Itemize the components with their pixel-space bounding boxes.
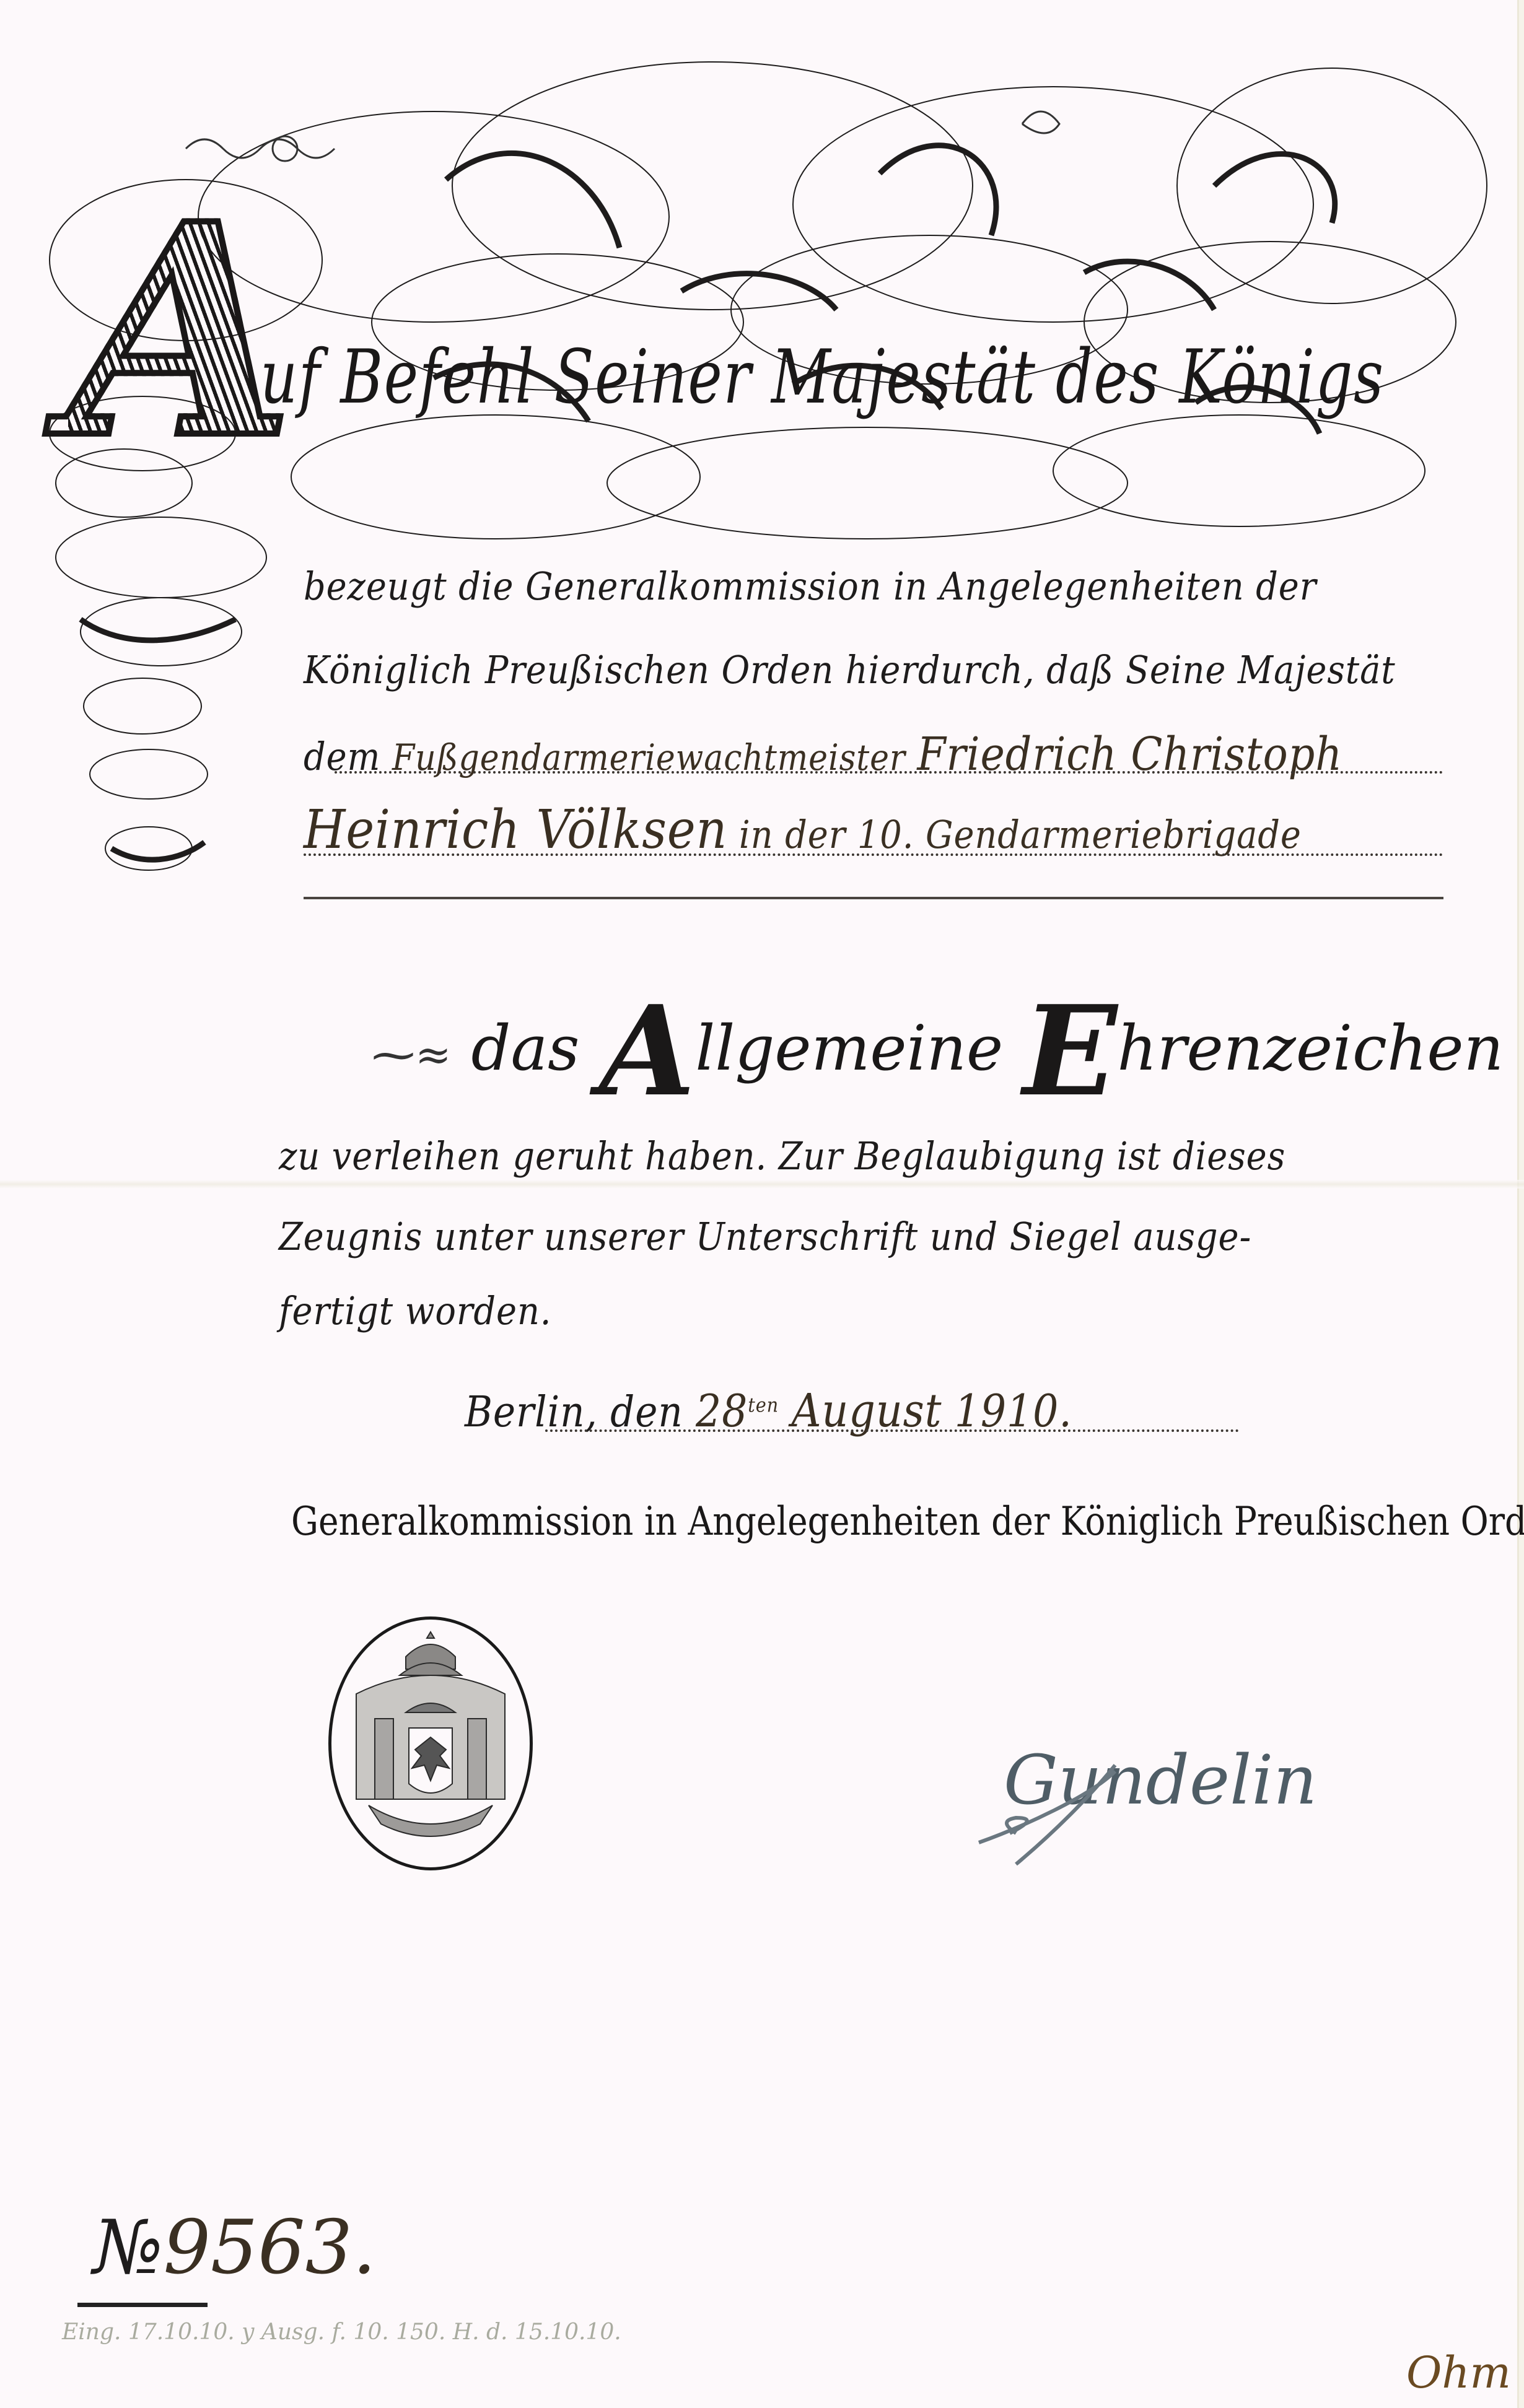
issuer-name: Generalkommission in Angelegenheiten der… bbox=[291, 1499, 1524, 1545]
decorative-initial: A bbox=[68, 186, 294, 477]
closing-line-3: fertigt worden. bbox=[279, 1288, 551, 1333]
body-line-2: Königlich Preußischen Orden hierdurch, d… bbox=[304, 647, 1396, 692]
clerk-initials: Ohm bbox=[1406, 2347, 1511, 2398]
award-name: ⁓≈ das Allgemeine Ehrenzeichen ≈⁓ bbox=[372, 979, 1363, 1124]
signature: Gundelin bbox=[1004, 1740, 1317, 1820]
recipient-name: Heinrich Völksen bbox=[304, 799, 727, 861]
body-line-4: Heinrich Völksen in der 10. Gendarmerieb… bbox=[304, 799, 1302, 861]
fold-crease bbox=[0, 1180, 1524, 1189]
closing-line-1: zu verleihen geruht haben. Zur Beglaubig… bbox=[279, 1133, 1285, 1179]
number-prefix: № bbox=[93, 2205, 164, 2291]
number-underline bbox=[77, 2303, 208, 2307]
certificate-title: uf Befehl Seiner Majestät des Königs bbox=[260, 334, 1385, 421]
page-edge bbox=[1517, 0, 1524, 2408]
award-capital-a: A bbox=[599, 979, 695, 1124]
award-word-1: llgemeine bbox=[695, 1012, 1003, 1084]
recipient-unit: in der 10. Gendarmeriebrigade bbox=[739, 812, 1302, 857]
certificate-number: №9563. bbox=[93, 2205, 376, 2291]
day-suffix: ten bbox=[748, 1393, 779, 1416]
coat-of-arms-seal bbox=[328, 1616, 533, 1870]
award-word-2: hrenzeichen bbox=[1117, 1012, 1504, 1084]
fill-line bbox=[335, 771, 1443, 774]
fill-line bbox=[304, 853, 1443, 856]
divider-line bbox=[304, 897, 1443, 899]
award-prefix: das bbox=[471, 1012, 579, 1084]
pencil-annotation: Eing. 17.10.10. y Ausg. f. 10. 150. H. d… bbox=[62, 2319, 621, 2345]
ornament-left-icon: ⁓≈ bbox=[372, 1029, 452, 1080]
number-value: 9563. bbox=[164, 2205, 377, 2291]
prussian-eagle-icon bbox=[331, 1620, 530, 1867]
body-line-1: bezeugt die Generalkommission in Angeleg… bbox=[304, 564, 1316, 609]
fill-line bbox=[545, 1429, 1239, 1432]
closing-line-2: Zeugnis unter unserer Unterschrift und S… bbox=[279, 1214, 1251, 1259]
award-capital-e: E bbox=[1023, 979, 1117, 1124]
